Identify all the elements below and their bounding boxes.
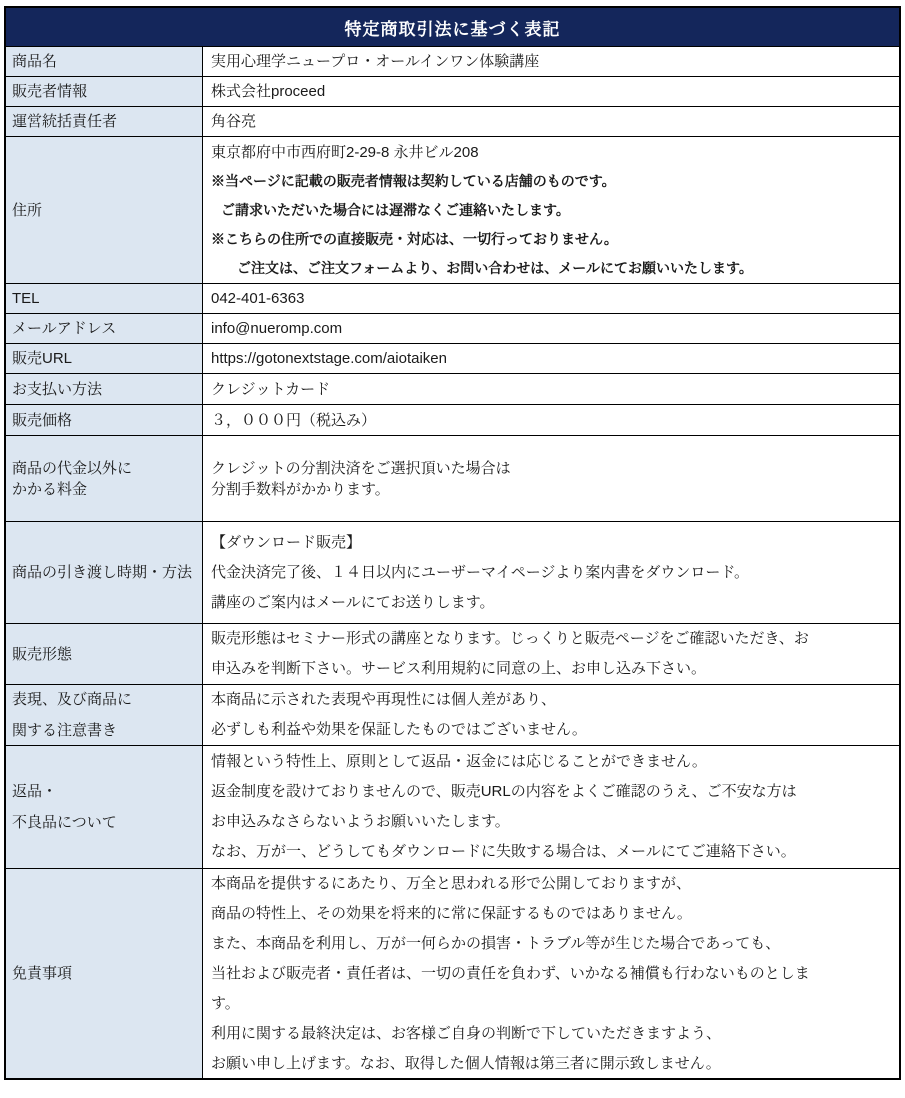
table-row: お支払い方法クレジットカード bbox=[6, 373, 899, 404]
row-label: TEL bbox=[6, 284, 203, 313]
value-line: なお、万が一、どうしてもダウンロードに失敗する場合は、メールにてご連絡下さい。 bbox=[211, 837, 895, 867]
row-label-line: 販売者情報 bbox=[12, 81, 200, 102]
row-value: クレジットの分割決済をご選択頂いた場合は分割手数料がかかります。 bbox=[203, 436, 899, 521]
row-label-line: かかる料金 bbox=[12, 479, 200, 500]
row-label-line: 返品・ bbox=[12, 776, 200, 807]
spec-table: 特定商取引法に基づく表記 商品名実用心理学ニュープロ・オールインワン体験講座販売… bbox=[4, 6, 901, 1080]
value-line: 商品の特性上、その効果を将来的に常に保証するものではありません。 bbox=[211, 899, 895, 929]
row-label: 商品の代金以外にかかる料金 bbox=[6, 436, 203, 521]
row-value: 【ダウンロード販売】代金決済完了後、１４日以内にユーザーマイページより案内書をダ… bbox=[203, 522, 899, 623]
value-line: 分割手数料がかかります。 bbox=[211, 479, 895, 500]
value-line: 本商品に示された表現や再現性には個人差があり、 bbox=[211, 685, 895, 715]
value-line: お願い申し上げます。なお、取得した個人情報は第三者に開示致しません。 bbox=[211, 1049, 895, 1079]
row-label-line: 表現、及び商品に bbox=[12, 685, 200, 715]
row-label-line: メールアドレス bbox=[12, 318, 200, 339]
value-line: 情報という特性上、原則として返品・返金には応じることができません。 bbox=[211, 747, 895, 777]
value-line: ※当ページに記載の販売者情報は契約している店舗のものです。 bbox=[211, 167, 895, 196]
value-line: https://gotonextstage.com/aiotaiken bbox=[211, 348, 895, 369]
row-label-line: 関する注意書き bbox=[12, 715, 200, 745]
row-label: 住所 bbox=[6, 137, 203, 283]
row-label: 免責事項 bbox=[6, 869, 203, 1078]
row-value: クレジットカード bbox=[203, 374, 899, 404]
row-label: 商品名 bbox=[6, 47, 203, 76]
row-label-line: 免責事項 bbox=[12, 963, 200, 984]
table-row: 販売価格３，０００円（税込み） bbox=[6, 404, 899, 435]
row-label: 販売形態 bbox=[6, 624, 203, 684]
table-row: 販売形態販売形態はセミナー形式の講座となります。じっくりと販売ページをご確認いた… bbox=[6, 623, 899, 684]
value-line: ご請求いただいた場合には遅滞なくご連絡いたします。 bbox=[221, 196, 895, 225]
value-line: 販売形態はセミナー形式の講座となります。じっくりと販売ページをご確認いただき、お bbox=[211, 624, 895, 654]
value-line: 角谷亮 bbox=[211, 111, 895, 132]
page: { "colors": { "header_bg": "#14265B", "h… bbox=[0, 0, 905, 1098]
table-row: 販売URLhttps://gotonextstage.com/aiotaiken bbox=[6, 343, 899, 373]
value-line: ご注文は、ご注文フォームより、お問い合わせは、メールにてお願いいたします。 bbox=[237, 254, 895, 283]
row-label: 返品・不良品について bbox=[6, 746, 203, 868]
row-label-line: 販売形態 bbox=[12, 644, 200, 665]
row-label-line: 販売価格 bbox=[12, 410, 200, 431]
value-line: info@nueromp.com bbox=[211, 318, 895, 339]
value-line: クレジットの分割決済をご選択頂いた場合は bbox=[211, 458, 895, 479]
table-row: 表現、及び商品に関する注意書き本商品に示された表現や再現性には個人差があり、必ず… bbox=[6, 684, 899, 745]
row-value: info@nueromp.com bbox=[203, 314, 899, 343]
table-row: 商品名実用心理学ニュープロ・オールインワン体験講座 bbox=[6, 46, 899, 76]
row-label: お支払い方法 bbox=[6, 374, 203, 404]
row-value: 東京都府中市西府町2-29-8 永井ビル208※当ページに記載の販売者情報は契約… bbox=[203, 137, 899, 283]
row-value: 042-401-6363 bbox=[203, 284, 899, 313]
row-value: 株式会社proceed bbox=[203, 77, 899, 106]
table-row: メールアドレスinfo@nueromp.com bbox=[6, 313, 899, 343]
value-line: また、本商品を利用し、万が一何らかの損害・トラブル等が生じた場合であっても、 bbox=[211, 929, 895, 959]
row-label-line: お支払い方法 bbox=[12, 379, 200, 400]
table-row: 商品の代金以外にかかる料金クレジットの分割決済をご選択頂いた場合は分割手数料がか… bbox=[6, 435, 899, 521]
page-title: 特定商取引法に基づく表記 bbox=[6, 8, 899, 46]
row-label: 販売者情報 bbox=[6, 77, 203, 106]
value-line: 必ずしも利益や効果を保証したものではございません。 bbox=[211, 715, 895, 745]
row-value: https://gotonextstage.com/aiotaiken bbox=[203, 344, 899, 373]
table-row: 返品・不良品について情報という特性上、原則として返品・返金には応じることができま… bbox=[6, 745, 899, 868]
value-line: 申込みを判断下さい。サービス利用規約に同意の上、お申し込み下さい。 bbox=[211, 654, 895, 684]
table-row: 販売者情報株式会社proceed bbox=[6, 76, 899, 106]
value-line: 本商品を提供するにあたり、万全と思われる形で公開しておりますが、 bbox=[211, 869, 895, 899]
row-label: 販売URL bbox=[6, 344, 203, 373]
table-row: TEL042-401-6363 bbox=[6, 283, 899, 313]
row-label-line: 不良品について bbox=[12, 807, 200, 838]
value-line: 042-401-6363 bbox=[211, 288, 895, 309]
row-label: 商品の引き渡し時期・方法 bbox=[6, 522, 203, 623]
table-row: 住所東京都府中市西府町2-29-8 永井ビル208※当ページに記載の販売者情報は… bbox=[6, 136, 899, 283]
row-label-line: 住所 bbox=[12, 200, 200, 221]
value-line: 東京都府中市西府町2-29-8 永井ビル208 bbox=[211, 138, 895, 167]
value-line: 講座のご案内はメールにてお送りします。 bbox=[211, 588, 895, 618]
value-line: 株式会社proceed bbox=[211, 81, 895, 102]
table-row: 免責事項本商品を提供するにあたり、万全と思われる形で公開しておりますが、商品の特… bbox=[6, 868, 899, 1078]
row-label-line: 商品の代金以外に bbox=[12, 458, 200, 479]
row-label: 販売価格 bbox=[6, 405, 203, 435]
row-label-line: 販売URL bbox=[12, 348, 200, 369]
row-value: 角谷亮 bbox=[203, 107, 899, 136]
value-line: 【ダウンロード販売】 bbox=[211, 528, 895, 558]
row-label-line: 商品名 bbox=[12, 51, 200, 72]
row-value: ３，０００円（税込み） bbox=[203, 405, 899, 435]
row-value: 本商品に示された表現や再現性には個人差があり、必ずしも利益や効果を保証したもので… bbox=[203, 685, 899, 745]
value-line: 実用心理学ニュープロ・オールインワン体験講座 bbox=[211, 51, 895, 72]
row-value: 実用心理学ニュープロ・オールインワン体験講座 bbox=[203, 47, 899, 76]
table-row: 商品の引き渡し時期・方法【ダウンロード販売】代金決済完了後、１４日以内にユーザー… bbox=[6, 521, 899, 623]
value-line: ３，０００円（税込み） bbox=[211, 410, 895, 431]
value-line: クレジットカード bbox=[211, 379, 895, 400]
row-label-line: 運営統括責任者 bbox=[12, 111, 200, 132]
value-line: 返金制度を設けておりませんので、販売URLの内容をよくご確認のうえ、ご不安な方は bbox=[211, 777, 895, 807]
value-line: す。 bbox=[211, 989, 895, 1019]
row-value: 本商品を提供するにあたり、万全と思われる形で公開しておりますが、商品の特性上、そ… bbox=[203, 869, 899, 1078]
value-line: お申込みなさらないようお願いいたします。 bbox=[211, 807, 895, 837]
row-value: 情報という特性上、原則として返品・返金には応じることができません。返金制度を設け… bbox=[203, 746, 899, 868]
row-value: 販売形態はセミナー形式の講座となります。じっくりと販売ページをご確認いただき、お… bbox=[203, 624, 899, 684]
table-row: 運営統括責任者角谷亮 bbox=[6, 106, 899, 136]
row-label: メールアドレス bbox=[6, 314, 203, 343]
row-label-line: 商品の引き渡し時期・方法 bbox=[12, 562, 200, 583]
row-label: 表現、及び商品に関する注意書き bbox=[6, 685, 203, 745]
row-label: 運営統括責任者 bbox=[6, 107, 203, 136]
value-line: 利用に関する最終決定は、お客様ご自身の判断で下していただきますよう、 bbox=[211, 1019, 895, 1049]
spec-table-body: 商品名実用心理学ニュープロ・オールインワン体験講座販売者情報株式会社procee… bbox=[6, 46, 899, 1078]
value-line: 当社および販売者・責任者は、一切の責任を負わず、いかなる補償も行わないものとしま bbox=[211, 959, 895, 989]
row-label-line: TEL bbox=[12, 288, 200, 309]
value-line: 代金決済完了後、１４日以内にユーザーマイページより案内書をダウンロード。 bbox=[211, 558, 895, 588]
value-line: ※こちらの住所での直接販売・対応は、一切行っておりません。 bbox=[211, 225, 895, 254]
